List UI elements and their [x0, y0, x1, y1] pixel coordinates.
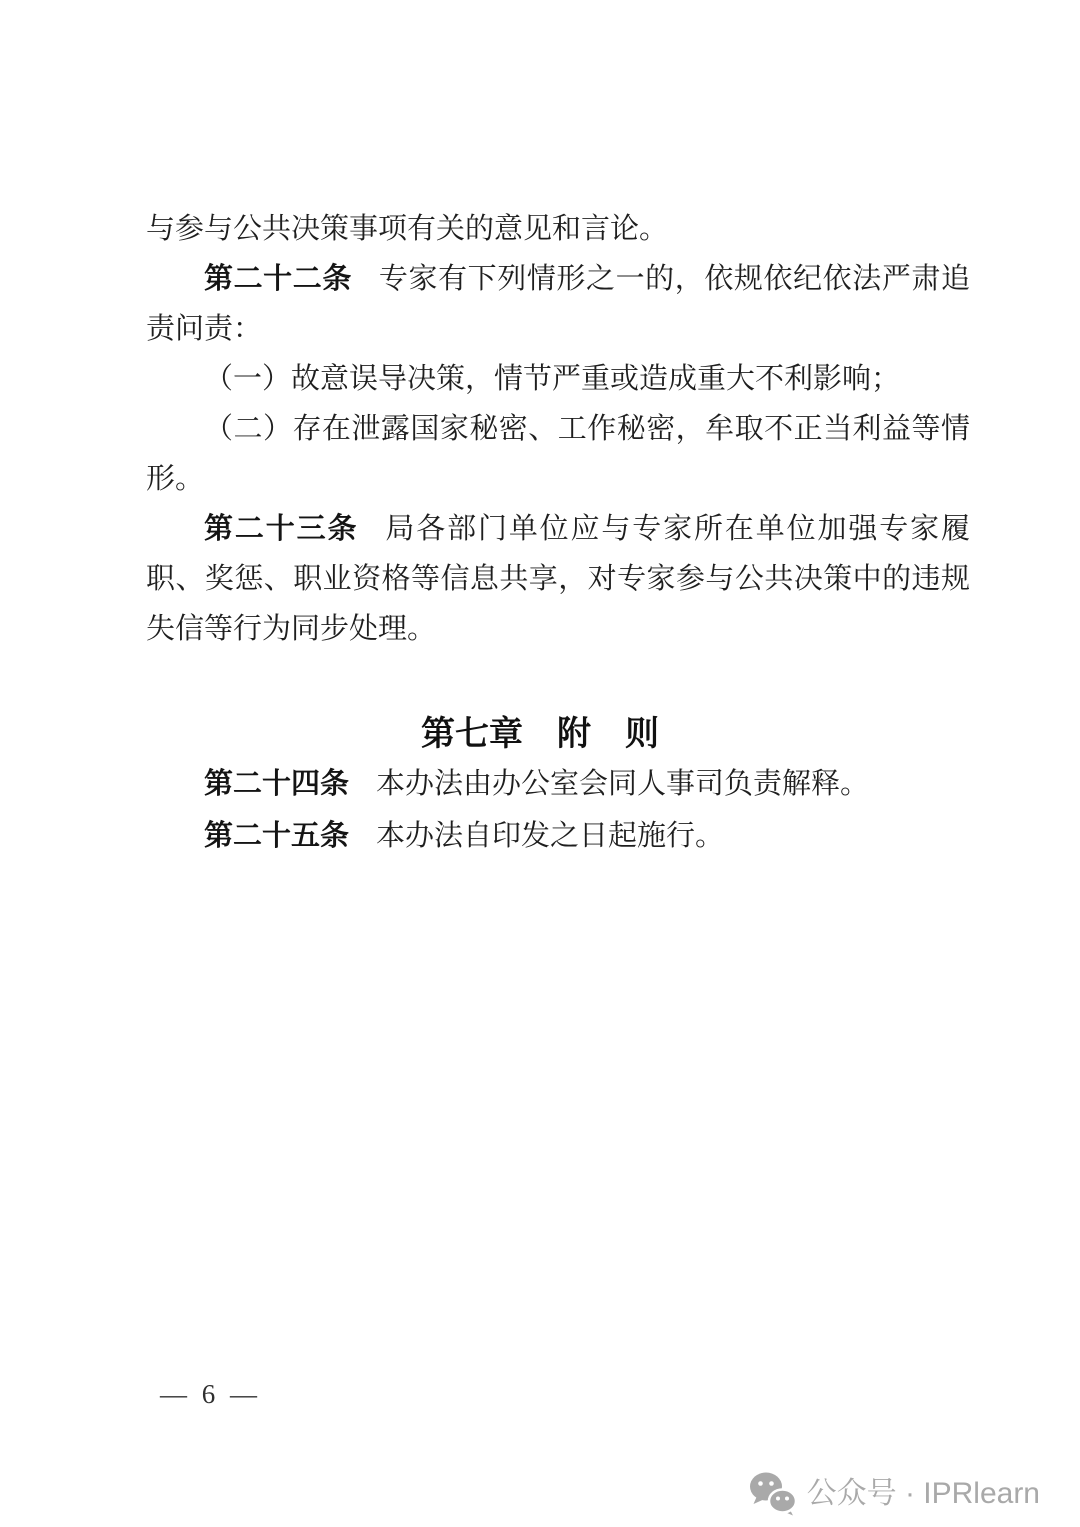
text-line: 责问责：: [146, 304, 970, 354]
page-number: — 6 —: [160, 1374, 261, 1414]
text-line-item-1: （一）故意误导决策，情节严重或造成重大不利影响；: [146, 354, 970, 404]
document-body: 与参与公共决策事项有关的意见和言论。 第二十二条专家有下列情形之一的，依规依纪依…: [146, 204, 970, 654]
wechat-watermark: 公众号 · IPRlearn: [749, 1470, 1040, 1518]
document-page: 与参与公共决策事项有关的意见和言论。 第二十二条专家有下列情形之一的，依规依纪依…: [0, 0, 1080, 1527]
line-text: 与参与公共决策事项有关的意见和言论。: [146, 213, 668, 245]
line-text: 责问责：: [146, 313, 262, 345]
text-line-article-24: 第二十四条本办法由办公室会同人事司负责解释。: [146, 758, 970, 810]
text-line: 失信等行为同步处理。: [146, 604, 970, 654]
text-line: 职、奖惩、职业资格等信息共享，对专家参与公共决策中的违规: [146, 554, 970, 604]
line-text: 本办法由办公室会同人事司负责解释。: [376, 768, 869, 800]
article-term: 第二十五条: [204, 820, 349, 852]
line-text: 本办法自印发之日起施行。: [376, 820, 724, 852]
text-line: 与参与公共决策事项有关的意见和言论。: [146, 204, 970, 254]
text-line-article-23: 第二十三条局各部门单位应与专家所在单位加强专家履: [146, 504, 970, 554]
line-text: 局各部门单位应与专家所在单位加强专家履: [385, 513, 970, 545]
article-term: 第二十二条: [204, 263, 352, 295]
line-text: 职、奖惩、职业资格等信息共享，对专家参与公共决策中的违规: [146, 563, 970, 595]
text-line-article-25: 第二十五条本办法自印发之日起施行。: [146, 810, 970, 862]
chapter-heading: 第七章 附 则: [0, 706, 1080, 762]
document-closing: 第二十四条本办法由办公室会同人事司负责解释。 第二十五条本办法自印发之日起施行。: [146, 758, 970, 862]
wechat-icon: [749, 1471, 797, 1517]
line-text: 形。: [146, 463, 204, 495]
line-text: （一）故意误导决策，情节严重或造成重大不利影响；: [204, 363, 900, 395]
line-text: （二）存在泄露国家秘密、工作秘密，牟取不正当利益等情: [204, 413, 970, 445]
article-term: 第二十四条: [204, 768, 349, 800]
text-line-item-2: （二）存在泄露国家秘密、工作秘密，牟取不正当利益等情: [146, 404, 970, 454]
wechat-account-label: 公众号 · IPRlearn: [807, 1470, 1040, 1518]
article-term: 第二十三条: [204, 513, 358, 545]
line-text: 失信等行为同步处理。: [146, 613, 436, 645]
text-line-article-22: 第二十二条专家有下列情形之一的，依规依纪依法严肃追: [146, 254, 970, 304]
line-text: 专家有下列情形之一的，依规依纪依法严肃追: [379, 263, 970, 295]
text-line: 形。: [146, 454, 970, 504]
